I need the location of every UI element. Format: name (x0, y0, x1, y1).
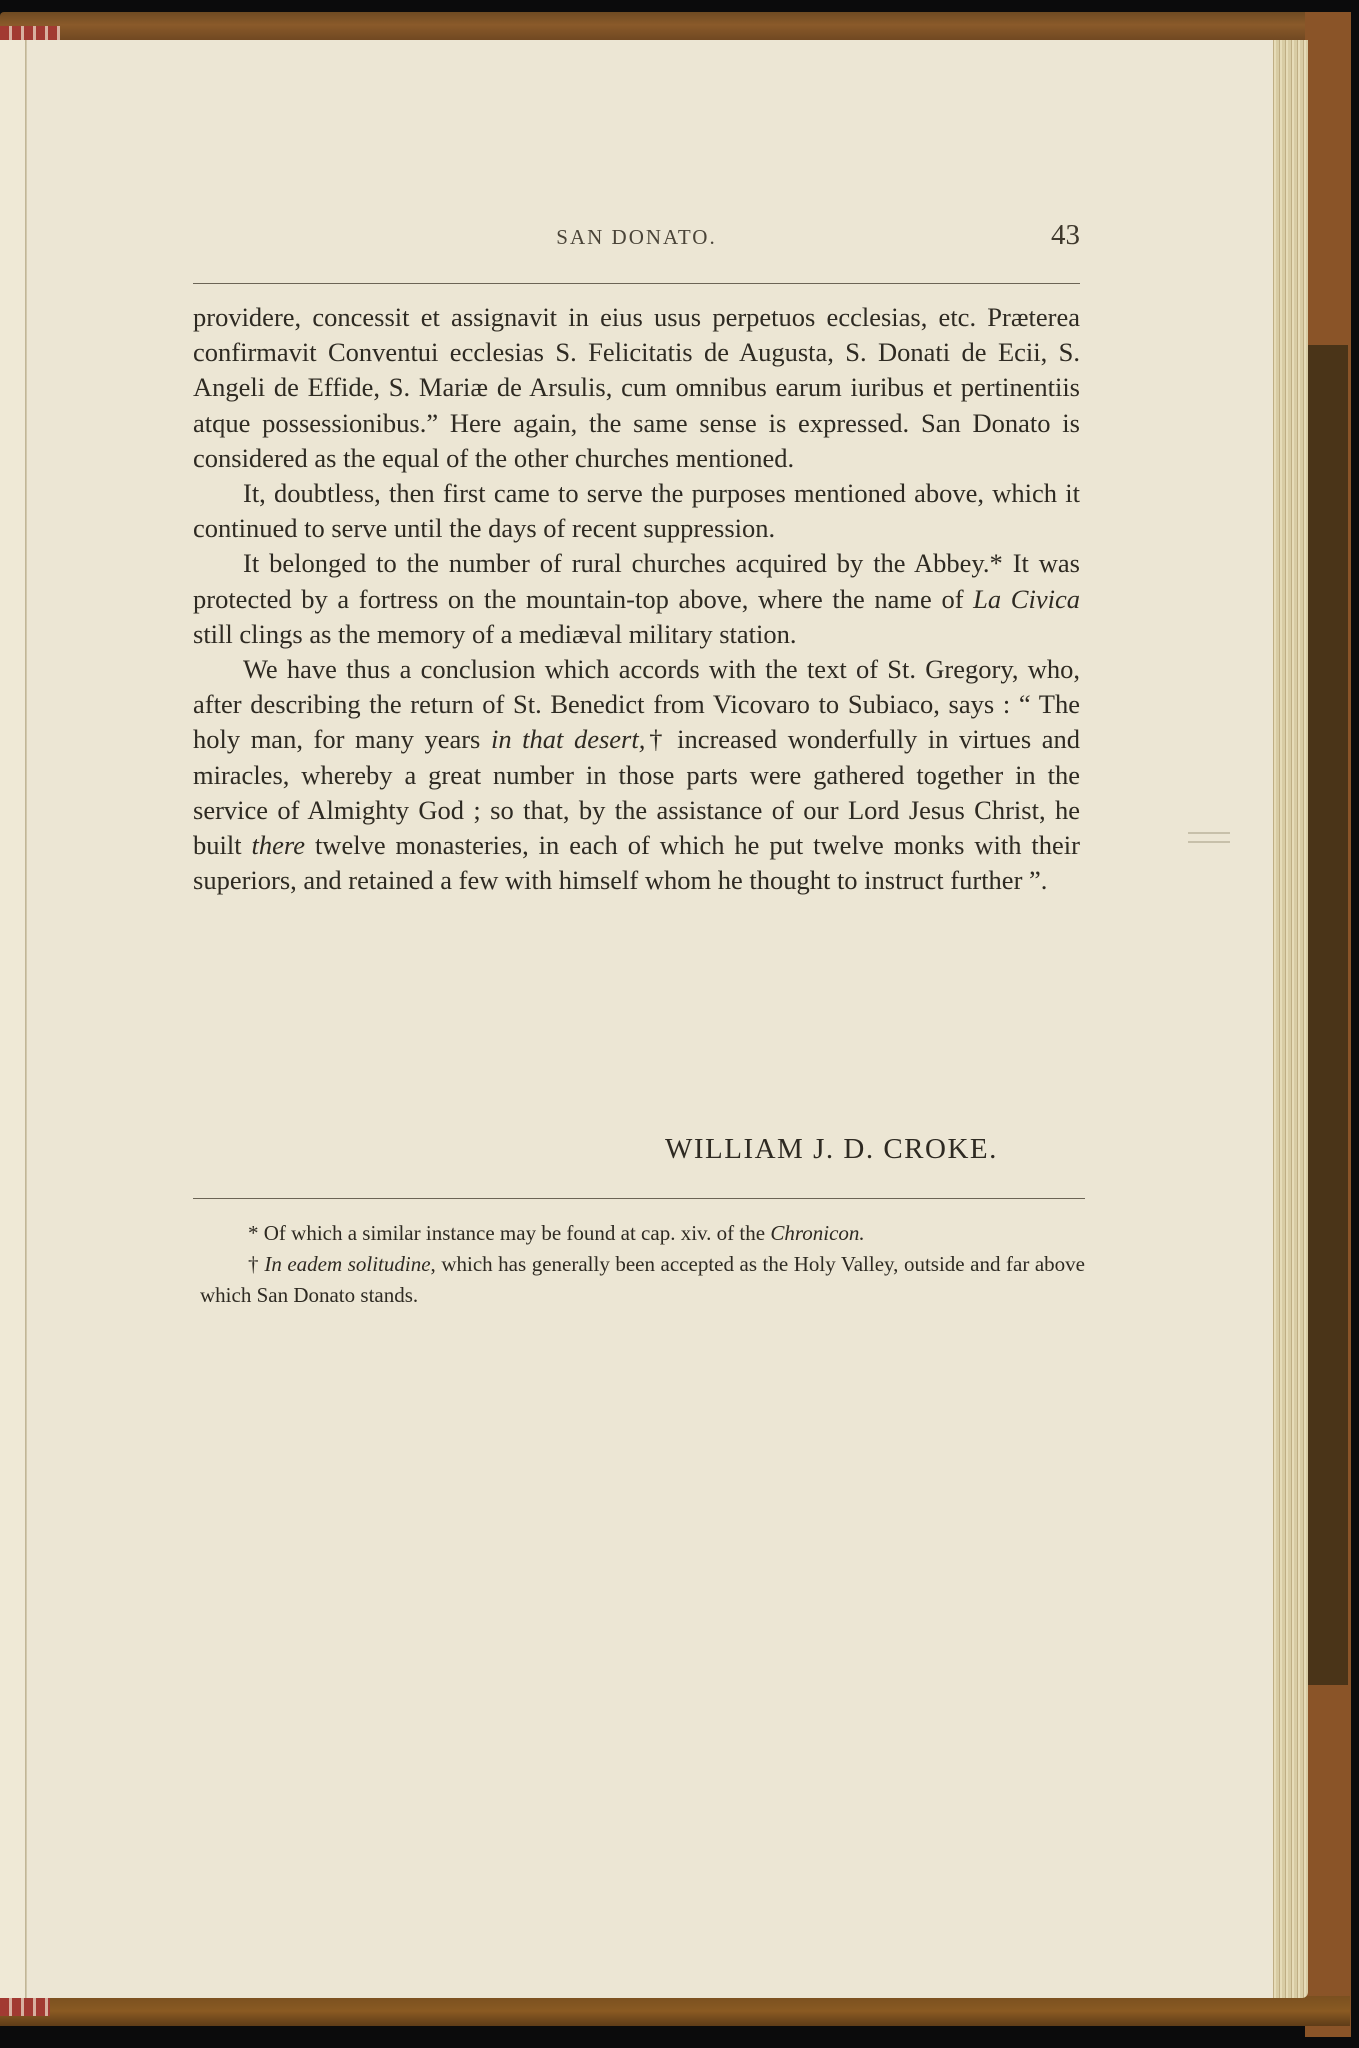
text-run: * Of which a similar instance may be fou… (248, 1221, 770, 1245)
page-mark (1188, 832, 1230, 834)
italic-text: In eadem solitudine (264, 1252, 430, 1276)
text-run: still clings as the memory of a mediæval… (193, 619, 797, 649)
page-number: 43 (1051, 219, 1080, 252)
footnote: * Of which a similar instance may be fou… (200, 1218, 1085, 1249)
book-cover-bottom (0, 1996, 1350, 2026)
italic-text: there (252, 830, 305, 860)
author-signature: WILLIAM J. D. CROKE. (665, 1133, 998, 1166)
running-head: SAN DONATO. 43 (193, 219, 1080, 253)
headband-bottom (0, 1998, 50, 2016)
book-cover-cloth (1308, 345, 1348, 1685)
page-edges (1270, 40, 1308, 1998)
footnote-rule (193, 1198, 1085, 1199)
text-run: It, doubtless, then first came to serve … (193, 478, 1080, 543)
head-rule (193, 283, 1080, 284)
text-run: providere, concessit et assignavit in ei… (193, 302, 1080, 473)
italic-text: in that desert, (491, 724, 645, 754)
gutter (0, 40, 25, 1998)
text-run: † (248, 1252, 264, 1276)
paragraph: It belonged to the number of rural churc… (193, 546, 1080, 652)
paragraph: providere, concessit et assignavit in ei… (193, 300, 1080, 476)
footnotes: * Of which a similar instance may be fou… (200, 1218, 1085, 1311)
paragraph: We have thus a conclusion which accords … (193, 652, 1080, 898)
body-text: providere, concessit et assignavit in ei… (193, 300, 1080, 898)
text-run: twelve monasteries, in each of which he … (193, 830, 1080, 895)
italic-text: La Civica (973, 584, 1080, 614)
italic-text: Chronicon. (770, 1221, 864, 1245)
paragraph: It, doubtless, then first came to serve … (193, 476, 1080, 546)
text-run: It belonged to the number of rural churc… (193, 548, 1080, 613)
running-title: SAN DONATO. (193, 225, 1080, 250)
footnote: † In eadem solitudine, which has general… (200, 1249, 1085, 1311)
gutter-fold-line (25, 40, 27, 1998)
